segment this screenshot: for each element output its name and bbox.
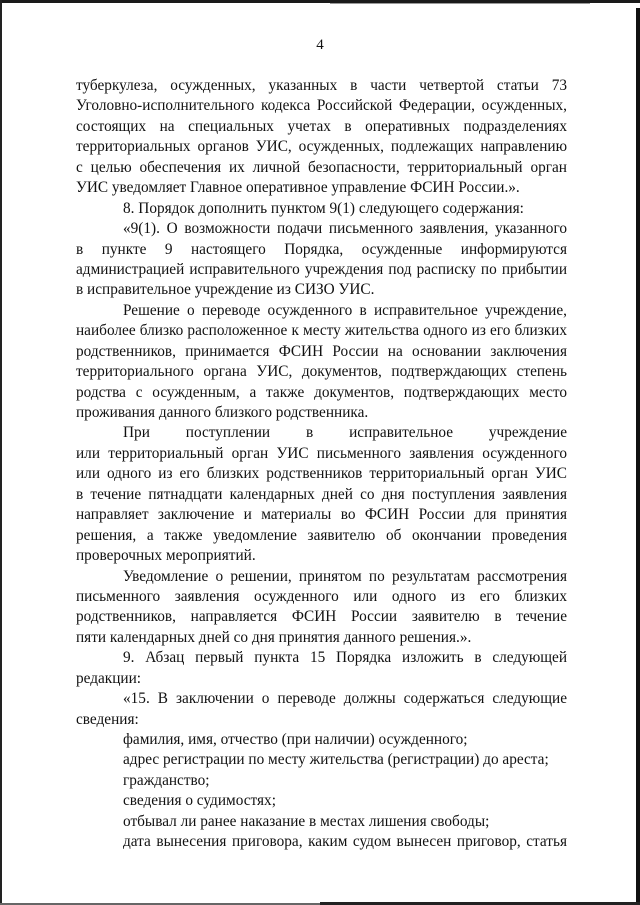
text-line: проживания данного близкого родственника… <box>76 403 567 423</box>
text-line: в исправительное учреждение из СИЗО УИС. <box>76 280 567 300</box>
text-line: родственников, направляется ФСИН России … <box>76 607 567 627</box>
text-line: или территориальный орган УИС письменног… <box>76 444 567 464</box>
document-page: 4 туберкулеза, осужденных, указанных в ч… <box>0 0 640 905</box>
text-line: При поступлении в исправительное учрежде… <box>76 423 567 443</box>
text-line: состоящих на специальных учетах в операт… <box>76 117 567 137</box>
text-line: в течение пятнадцати календарных дней со… <box>76 485 567 505</box>
page-number: 4 <box>0 36 640 54</box>
text-line: администрацией исправительного учреждени… <box>76 260 567 280</box>
text-line: территориального органа УИС, документов,… <box>76 362 567 382</box>
text-line: сведения о судимостях; <box>76 791 567 811</box>
text-line: с целью обеспечения их личной безопаснос… <box>76 158 567 178</box>
text-line: проверочных мероприятий. <box>76 546 567 566</box>
text-line: в пункте 9 настоящего Порядка, осужденны… <box>76 240 567 260</box>
text-line: Уведомление о решении, принятом по резул… <box>76 567 567 587</box>
scan-border-top-gray <box>330 3 590 4</box>
text-line: гражданство; <box>76 771 567 791</box>
scan-border-left <box>0 0 2 905</box>
text-line: пяти календарных дней со дня принятия да… <box>76 628 567 648</box>
text-line: письменного заявления осужденного или од… <box>76 587 567 607</box>
scan-border-right <box>636 8 640 905</box>
text-line: родства с осужденным, а также документов… <box>76 383 567 403</box>
document-body: туберкулеза, осужденных, указанных в час… <box>76 76 567 853</box>
text-line: Уголовно-исполнительного кодекса Российс… <box>76 96 567 116</box>
text-line: решения, а также уведомление заявителю о… <box>76 526 567 546</box>
text-line: УИС уведомляет Главное оперативное управ… <box>76 178 567 198</box>
text-line: редакции: <box>76 669 567 689</box>
text-line: адрес регистрации по месту жительства (р… <box>76 750 567 770</box>
text-line: «9(1). О возможности подачи письменного … <box>76 219 567 239</box>
text-line: сведения: <box>76 710 567 730</box>
text-line: 9. Абзац первый пункта 15 Порядка изложи… <box>76 648 567 668</box>
text-line: Решение о переводе осужденного в исправи… <box>76 301 567 321</box>
text-line: или одного из его близких родственников … <box>76 464 567 484</box>
text-line: «15. В заключении о переводе должны соде… <box>76 689 567 709</box>
text-line: 8. Порядок дополнить пунктом 9(1) следую… <box>76 199 567 219</box>
text-line: фамилия, имя, отчество (при наличии) осу… <box>76 730 567 750</box>
text-line: территориальных органов УИС, осужденных,… <box>76 137 567 157</box>
text-line: родственников, принимается ФСИН России н… <box>76 342 567 362</box>
text-line: наиболее близко расположенное к месту жи… <box>76 321 567 341</box>
text-line: дата вынесения приговора, каким судом вы… <box>76 832 567 852</box>
text-line: направляет заключение и материалы во ФСИ… <box>76 505 567 525</box>
text-line: туберкулеза, осужденных, указанных в час… <box>76 76 567 96</box>
text-line: отбывал ли ранее наказание в местах лише… <box>76 812 567 832</box>
